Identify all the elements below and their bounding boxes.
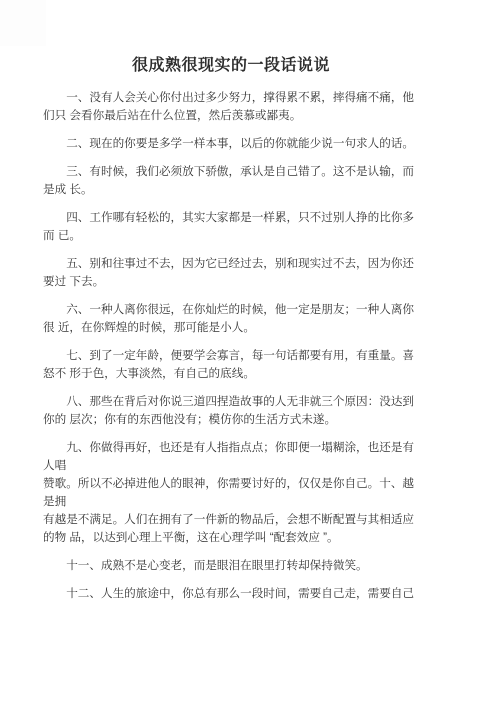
paragraph-03: 三、有时候，我们必须放下骄傲，承认是自己错了。这不是认输，而 是成 长。 (43, 163, 419, 199)
paragraph-02: 二、现在的你要是多学一样本事，以后的你就能少说一句求人的话。 (43, 135, 419, 153)
paragraph-11: 十一、成熟不是心变老，而是眼泪在眼里打转却保持微笑。 (43, 557, 419, 575)
document-body: 很成熟很现实的一段话说说 一、没有人会关心你付出过多少努力，撑得累不累，摔得痛不… (43, 56, 419, 613)
scan-artifact (0, 0, 46, 46)
paragraph-07: 七、到了一定年龄，便要学会寡言，每一句话都要有用，有重量。喜 怒不 形于色，大事… (43, 347, 419, 383)
paragraph-01: 一、没有人会关心你付出过多少努力，撑得累不累，摔得痛不痛，他 们只 会看你最后站… (43, 89, 419, 125)
paragraph-04: 四、工作哪有轻松的，其实大家都是一样累，只不过别人挣的比你多 而 已。 (43, 209, 419, 245)
paragraph-12: 十二、人生的旅途中，你总有那么一段时间，需要自己走，需要自己 (43, 585, 419, 603)
paragraph-06: 六、一种人离你很远，在你灿烂的时候，他一定是朋友；一种人离你 很 近，在你辉煌的… (43, 301, 419, 337)
paragraph-08: 八、那些在背后对你说三道四捏造故事的人无非就三个原因：没达到 你的 层次；你有的… (43, 393, 419, 429)
page-title: 很成熟很现实的一段话说说 (43, 56, 419, 76)
paragraph-09-10: 九、你做得再好，也还是有人指指点点；你即便一塌糊涂，也还是有 人唱 赞歌。所以不… (43, 439, 419, 547)
paragraph-05: 五、别和往事过不去，因为它已经过去，别和现实过不去，因为你还 要过 下去。 (43, 255, 419, 291)
